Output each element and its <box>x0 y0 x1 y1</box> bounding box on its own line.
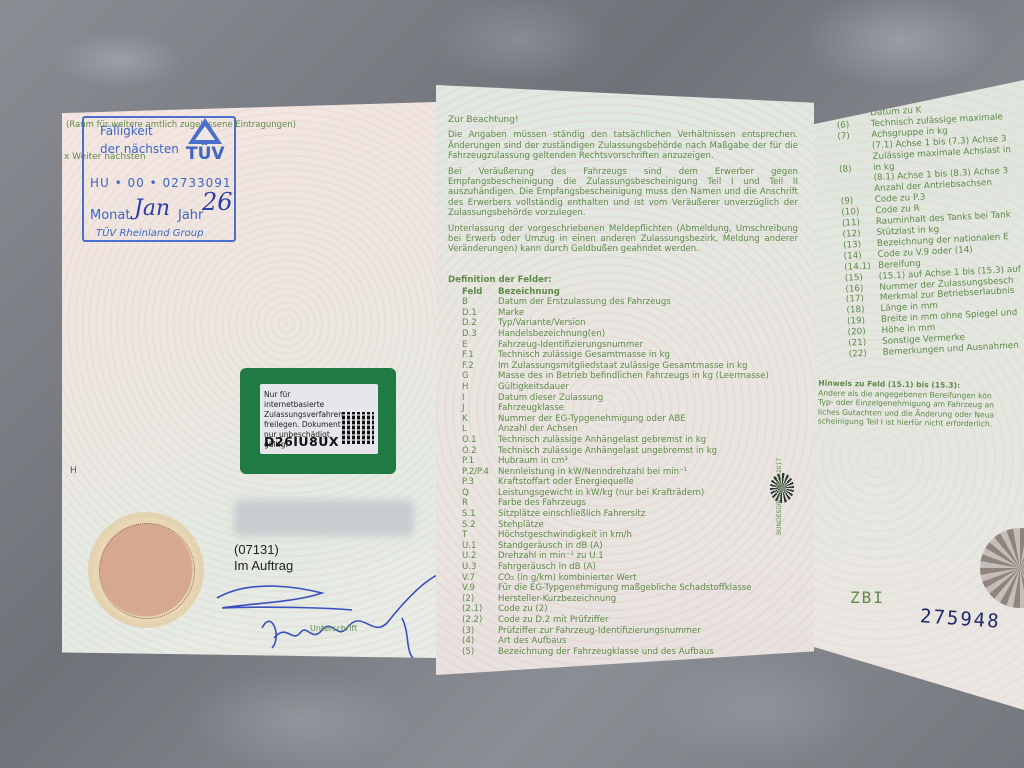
field-description: Datum der Erstzulassung des Fahrzeugs <box>498 297 808 308</box>
field-description: Masse des in Betrieb befindlichen Fahrze… <box>498 371 808 382</box>
definition-row: (5)Bezeichnung der Fahrzeugklasse und de… <box>448 647 808 658</box>
field-code: I <box>448 393 498 404</box>
field-description: Bezeichnung der Fahrzeugklasse und des A… <box>498 647 808 658</box>
printer-mark: BUNDESDRUCKEREI 2017 <box>776 458 783 535</box>
col-feld: Feld <box>448 287 498 298</box>
field-description: Gültigkeitsdauer <box>498 382 808 393</box>
definition-row: D.2Typ/Variante/Version <box>448 318 808 329</box>
document-code: ZBI <box>850 588 885 607</box>
notice-section: Zur Beachtung! Die Angaben müssen ständi… <box>448 115 798 260</box>
definitions-list: BDatum der Erstzulassung des FahrzeugsD.… <box>448 297 808 657</box>
field-code: (2.1) <box>448 604 498 615</box>
definition-row: F.2Im Zulassungsmitgliedstaat zulässige … <box>448 361 808 372</box>
field-code: E <box>448 340 498 351</box>
definition-row: (2)Hersteller-Kurzbezeichnung <box>448 594 808 605</box>
field-description: Handelsbezeichnung(en) <box>498 329 808 340</box>
field-description: Technisch zulässige Gesamtmasse in kg <box>498 350 808 361</box>
field-description: Nennleistung in kW/Nenndrehzahl bei min⁻… <box>498 467 808 478</box>
field-code: D.2 <box>448 318 498 329</box>
field-description: Code zu (2) <box>498 604 808 615</box>
field-code: F.2 <box>448 361 498 372</box>
field-description: Datum dieser Zulassung <box>498 393 808 404</box>
field-code: R <box>448 498 498 509</box>
definition-row: RFarbe des Fahrzeugs <box>448 498 808 509</box>
field-description: Für die EG-Typgenehmigung maßgebliche Sc… <box>498 583 808 594</box>
notice-paragraph: Bei Veräußerung des Fahrzeugs sind dem E… <box>448 167 798 219</box>
field-description: Höchstgeschwindigkeit in km/h <box>498 530 808 541</box>
definition-row: IDatum dieser Zulassung <box>448 393 808 404</box>
definition-row: BDatum der Erstzulassung des Fahrzeugs <box>448 297 808 308</box>
field-description: Leistungsgewicht in kW/kg (nur bei Kraft… <box>498 488 808 499</box>
field-code: S.1 <box>448 509 498 520</box>
field-code: F.1 <box>448 350 498 361</box>
field-description: Anzahl der Achsen <box>498 424 808 435</box>
security-code-sticker: Nur für internetbasierte Zulassungsverfa… <box>240 368 396 474</box>
field-description: Typ/Variante/Version <box>498 318 808 329</box>
field-code: O.1 <box>448 435 498 446</box>
col-bezeichnung: Bezeichnung <box>498 287 808 298</box>
field-description: Fahrgeräusch in dB (A) <box>498 562 808 573</box>
field-description: Nummer der EG-Typgenehmigung oder ABE <box>498 414 808 425</box>
definition-row: (2.1)Code zu (2) <box>448 604 808 615</box>
field-code: T <box>448 530 498 541</box>
document-page-left: (Raum für weitere amtlich zugelassene Ei… <box>62 102 436 658</box>
definition-row: GMasse des in Betrieb befindlichen Fahrz… <box>448 371 808 382</box>
field-h-label: H <box>70 466 77 476</box>
field-code: Q <box>448 488 498 499</box>
field-description: Drehzahl in min⁻¹ zu U.1 <box>498 551 808 562</box>
field-code: G <box>448 371 498 382</box>
field-code: (2.2) <box>448 615 498 626</box>
definition-row: THöchstgeschwindigkeit in km/h <box>448 530 808 541</box>
field-code: U.3 <box>448 562 498 573</box>
definition-row: QLeistungsgewicht in kW/kg (nur bei Kraf… <box>448 488 808 499</box>
definition-row: P.1Hubraum in cm³ <box>448 456 808 467</box>
field-code: O.2 <box>448 446 498 457</box>
field-description: Im Zulassungsmitgliedstaat zulässige Ges… <box>498 361 808 372</box>
field-description: Technisch zulässige Anhängelast ungebrem… <box>498 446 808 457</box>
sticker-label: Nur für internetbasierte Zulassungsverfa… <box>260 384 378 454</box>
field-code: (3) <box>448 626 498 637</box>
field-code: V.7 <box>448 573 498 584</box>
stamp-line2: der nächsten <box>100 142 179 156</box>
definition-row: O.2Technisch zulässige Anhängelast ungeb… <box>448 446 808 457</box>
definition-row: EFahrzeug-Identifizierungsnummer <box>448 340 808 351</box>
stamp-line1: Fälligkeit <box>100 124 153 138</box>
definition-row: S.2Stehplätze <box>448 520 808 531</box>
definition-row: JFahrzeugklasse <box>448 403 808 414</box>
tuv-logo-icon <box>188 118 222 144</box>
definition-row: V.7CO₂ (in g/km) kombinierter Wert <box>448 573 808 584</box>
signature-label: Unterschrift <box>310 624 357 633</box>
field-code: K <box>448 414 498 425</box>
field-code: J <box>448 403 498 414</box>
office-code: (07131) <box>234 542 293 558</box>
monat-value: Jan <box>134 196 170 221</box>
field-description: Hubraum in cm³ <box>498 456 808 467</box>
definition-row: O.1Technisch zulässige Anhängelast gebre… <box>448 435 808 446</box>
definition-row: D.3Handelsbezeichnung(en) <box>448 329 808 340</box>
field-code: D.3 <box>448 329 498 340</box>
document-page-middle: Zur Beachtung! Die Angaben müssen ständi… <box>436 85 814 675</box>
field-code: (4) <box>448 636 498 647</box>
field-code: U.1 <box>448 541 498 552</box>
field-description: Hersteller-Kurzbezeichnung <box>498 594 808 605</box>
hinweis-line: scheinigung Teil I ist hierfür nicht erf… <box>818 417 994 430</box>
official-seal <box>88 512 204 628</box>
field-code: (2) <box>448 594 498 605</box>
definitions-header: Feld Bezeichnung <box>448 287 808 298</box>
field-description: Sitzplätze einschließlich Fahrersitz <box>498 509 808 520</box>
field-code: P.1 <box>448 456 498 467</box>
datamatrix-code-icon <box>342 412 374 444</box>
field-code: U.2 <box>448 551 498 562</box>
field-code: (5) <box>448 647 498 658</box>
monat-label: Monat <box>90 208 130 223</box>
field-description: Farbe des Fahrzeugs <box>498 498 808 509</box>
notice-heading: Zur Beachtung! <box>448 115 798 125</box>
field-code: (22) <box>849 348 884 361</box>
field-code: L <box>448 424 498 435</box>
definition-row: (4)Art des Aufbaus <box>448 636 808 647</box>
jahr-value: 26 <box>202 188 233 216</box>
notice-paragraph: Die Angaben müssen ständig den tatsächli… <box>448 130 798 161</box>
serial-number: 275948 <box>919 605 1001 633</box>
field-description: Marke <box>498 308 808 319</box>
definition-row: V.9Für die EG-Typgenehmigung maßgebliche… <box>448 583 808 594</box>
field-description: Standgeräusch in dB (A) <box>498 541 808 552</box>
definitions-title: Definition der Felder: <box>448 275 808 286</box>
document-page-right: Datum zu K(6)Technisch zulässige maximal… <box>814 80 1024 710</box>
field-description: Kraftstoffart oder Energiequelle <box>498 477 808 488</box>
definition-row: (3)Prüfziffer zur Fahrzeug-Identifizieru… <box>448 626 808 637</box>
field-code: V.9 <box>448 583 498 594</box>
definition-row: F.1Technisch zulässige Gesamtmasse in kg <box>448 350 808 361</box>
field-code: S.2 <box>448 520 498 531</box>
definition-row: U.2Drehzahl in min⁻¹ zu U.1 <box>448 551 808 562</box>
tuv-inspection-stamp: Fälligkeit der nächsten TÜV HU • 00 • 02… <box>82 116 236 242</box>
definition-row: KNummer der EG-Typgenehmigung oder ABE <box>448 414 808 425</box>
definition-row: P.2/P.4Nennleistung in kW/Nenndrehzahl b… <box>448 467 808 478</box>
jahr-label: Jahr <box>178 208 203 223</box>
definition-row: D.1Marke <box>448 308 808 319</box>
field-description: Fahrzeug-Identifizierungsnummer <box>498 340 808 351</box>
field-code: D.1 <box>448 308 498 319</box>
definition-row: S.1Sitzplätze einschließlich Fahrersitz <box>448 509 808 520</box>
notice-paragraph: Unterlassung der vorgeschriebenen Meldep… <box>448 224 798 255</box>
field-code: B <box>448 297 498 308</box>
field-description: Code zu D.2 mit Prüfziffer <box>498 615 808 626</box>
field-description: Prüfziffer zur Fahrzeug-Identifizierungs… <box>498 626 808 637</box>
field-definitions: Definition der Felder: Feld Bezeichnung … <box>448 275 808 657</box>
definition-row: (2.2)Code zu D.2 mit Prüfziffer <box>448 615 808 626</box>
definition-row: LAnzahl der Achsen <box>448 424 808 435</box>
tuv-brand: TÜV <box>186 144 225 164</box>
field-code: P.2/P.4 <box>448 467 498 478</box>
handwritten-signature-icon <box>212 568 436 658</box>
field-description: Technisch zulässige Anhängelast gebremst… <box>498 435 808 446</box>
field-description: Art des Aufbaus <box>498 636 808 647</box>
tire-notice: Hinweis zu Feld (15.1) bis (15.3): Ander… <box>818 378 995 429</box>
tuv-group: TÜV Rheinland Group <box>96 228 203 239</box>
definition-row: P.3Kraftstoffart oder Energiequelle <box>448 477 808 488</box>
field-description: CO₂ (in g/km) kombinierter Wert <box>498 573 808 584</box>
security-guilloche-icon <box>980 528 1024 608</box>
field-definitions-continued: Datum zu K(6)Technisch zulässige maximal… <box>836 101 1024 361</box>
definition-row: U.3Fahrgeräusch in dB (A) <box>448 562 808 573</box>
field-description: Fahrzeugklasse <box>498 403 808 414</box>
redacted-authority-name <box>234 500 414 536</box>
sticker-code: D26IU8UX <box>264 434 339 449</box>
definition-row: U.1Standgeräusch in dB (A) <box>448 541 808 552</box>
field-code: H <box>448 382 498 393</box>
field-description: Stehplätze <box>498 520 808 531</box>
field-code: P.3 <box>448 477 498 488</box>
definition-row: HGültigkeitsdauer <box>448 382 808 393</box>
